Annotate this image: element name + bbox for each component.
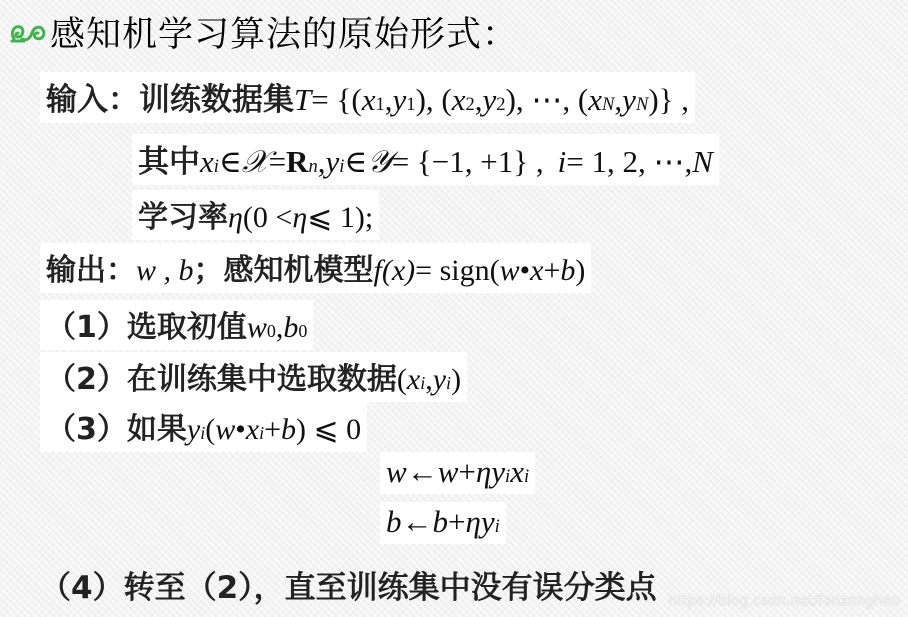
math-yi: y — [325, 144, 339, 180]
math-arrow: ← — [407, 454, 438, 490]
math-x: x — [407, 363, 420, 397]
math-eta: η — [476, 454, 491, 490]
math-w: w — [215, 413, 235, 447]
math-sep: , — [475, 82, 483, 118]
input-line: 输入： 训练数据集 T = {( x1 , y1 ), ( x2 , y2 ),… — [40, 72, 695, 123]
step-text: 在训练集中选取数据 — [127, 354, 397, 398]
step-text: 转至（2），直至训练集中没有误分类点 — [124, 562, 657, 607]
math-sep: , — [425, 363, 433, 397]
math-f: f — [374, 254, 382, 288]
math-w: w — [386, 454, 407, 490]
rate-line: 学习率 η (0 < η ⩽ 1); — [132, 190, 379, 240]
math-arrow: ← — [402, 504, 433, 540]
math-w: w — [500, 254, 520, 288]
math-close: ) — [451, 363, 461, 397]
step-3: （3） 如果 yi ( w • xi + b ) ⩽ 0 — [40, 402, 367, 452]
set-var: T — [294, 82, 311, 118]
math-sep: , — [276, 311, 284, 345]
math-sep: ), ⋯, ( — [506, 82, 589, 118]
math-b: b — [386, 504, 402, 540]
math-y: y — [491, 454, 505, 490]
step-text: 选取初值 — [127, 302, 247, 346]
math-y: y — [187, 413, 200, 447]
math-N: N — [692, 144, 713, 180]
math-xi: x — [200, 144, 214, 180]
math-R: R — [286, 144, 308, 180]
math-i: i — [558, 144, 567, 180]
step-number: （1） — [46, 302, 127, 346]
math-b: b — [283, 311, 298, 345]
math-w: w — [247, 311, 267, 345]
math-dot: • — [235, 413, 246, 447]
step-text: 如果 — [127, 404, 187, 448]
step-2: （2） 在训练集中选取数据 ( xi , yi ) — [40, 352, 467, 402]
math-input-space: 𝒳 — [242, 144, 269, 181]
math-params: w , b — [136, 254, 194, 288]
math-x: x — [246, 413, 259, 447]
output-line: 输出： w , b ； 感知机模型 f (x) = sign( w • x + … — [40, 243, 591, 293]
set-close: )} , — [648, 82, 689, 118]
update-b: b ← b + η yi — [380, 502, 506, 544]
step-number: （3） — [46, 404, 127, 448]
math-y: y — [433, 363, 446, 397]
where-line: 其中 xi ∈ 𝒳 = Rn , yi ∈ 𝒴 = {−1, +1} , i =… — [132, 134, 719, 185]
step-4: （4） 转至（2），直至训练集中没有误分类点 — [34, 560, 663, 611]
math-range: = 1, 2, ⋯, — [566, 144, 692, 180]
input-desc: 训练数据集 — [139, 74, 294, 119]
math-w: w — [438, 454, 459, 490]
math-close: ) — [575, 254, 585, 288]
math-x: x — [510, 454, 524, 490]
semicolon: ； — [194, 245, 224, 289]
math-b: b — [560, 254, 575, 288]
curl-bullet-icon — [8, 17, 48, 47]
step-number: （4） — [40, 562, 124, 607]
math-plus: + — [448, 504, 465, 540]
watermark: https://blog.csdn.net/fanzonghao — [668, 593, 900, 609]
math-sep: ), ( — [416, 82, 452, 118]
step-1: （1） 选取初值 w0 , b0 — [40, 300, 313, 350]
math-cond: (0 < — [243, 201, 292, 235]
math-x2: x — [452, 82, 466, 118]
slide-title: 感知机学习算法的原始形式： — [8, 8, 518, 56]
math-y1: y — [393, 82, 407, 118]
math-y2: y — [483, 82, 497, 118]
math-sign: = sign( — [415, 254, 499, 288]
math-dot: • — [520, 254, 531, 288]
math-b: b — [433, 504, 449, 540]
math-open: ( — [205, 413, 215, 447]
math-plus: + — [264, 413, 281, 447]
math-output-space: 𝒴 — [367, 144, 391, 181]
math-yN: y — [622, 82, 636, 118]
math-plus: + — [458, 454, 475, 490]
math-plus: + — [543, 254, 560, 288]
math-sep: , — [385, 82, 393, 118]
where-label: 其中 — [138, 136, 200, 181]
step-number: （2） — [46, 354, 127, 398]
rate-label: 学习率 — [138, 192, 228, 236]
model-label: 感知机模型 — [224, 245, 374, 289]
math-sep: , — [614, 82, 622, 118]
math-in: ∈ — [344, 144, 367, 180]
update-w: w ← w + η yi xi — [380, 452, 535, 494]
math-x1: x — [362, 82, 376, 118]
math-b: b — [281, 413, 296, 447]
math-xN: x — [588, 82, 602, 118]
math-eta: η — [292, 201, 307, 235]
output-label: 输出： — [46, 245, 136, 289]
math-eta: η — [465, 504, 480, 540]
math-label-set: = {−1, +1} , — [392, 144, 544, 180]
math-fx: (x) — [382, 254, 415, 288]
math-open: ( — [397, 363, 407, 397]
math-x: x — [530, 254, 543, 288]
set-open: = {( — [311, 82, 361, 118]
math-y: y — [481, 504, 495, 540]
math-cond: ⩽ 1); — [307, 200, 373, 235]
math-eq: = — [269, 144, 286, 180]
math-close: ) ⩽ 0 — [296, 412, 361, 447]
math-in: ∈ — [219, 144, 242, 180]
math-eta: η — [228, 201, 243, 235]
title-text: 感知机学习算法的原始形式： — [50, 7, 518, 57]
input-label: 输入： — [46, 74, 139, 119]
